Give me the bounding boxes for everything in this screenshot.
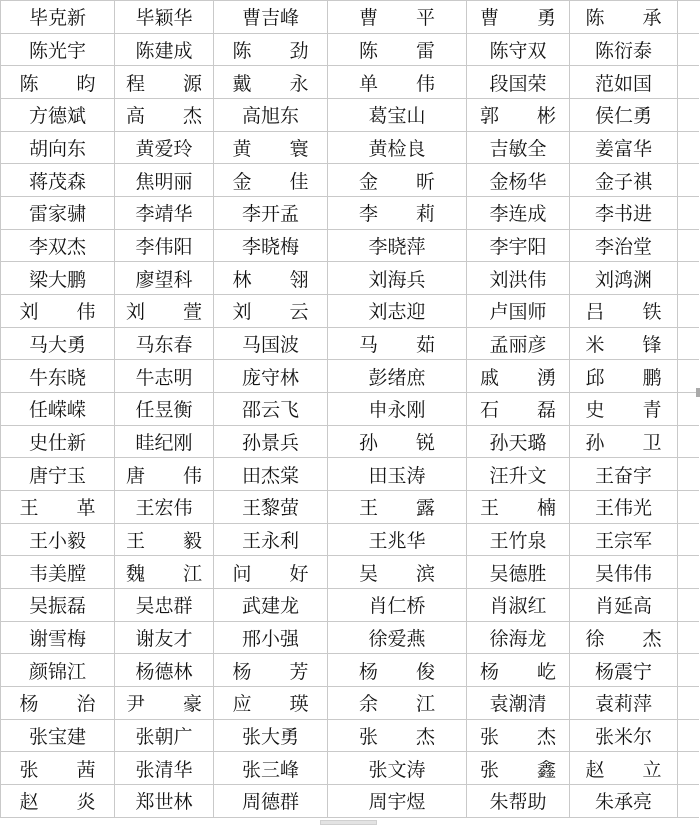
name-cell[interactable]: 孙景兵 (214, 426, 328, 459)
name-cell[interactable]: 李晓萍 (328, 230, 467, 263)
name-cell[interactable]: 李 莉 (328, 197, 467, 230)
name-cell[interactable]: 张朝广 (115, 720, 214, 753)
name-cell[interactable]: 陈 昀 (1, 66, 115, 99)
name-cell[interactable]: 焦明丽 (115, 164, 214, 197)
table-row: 方德斌高 杰高旭东葛宝山郭 彬侯仁勇 (1, 99, 700, 132)
name-cell[interactable]: 杨 治 (1, 687, 115, 720)
name-cell[interactable]: 范如国 (570, 66, 678, 99)
name-cell[interactable]: 戚 湧 (467, 360, 570, 393)
name-cell[interactable]: 程 源 (115, 66, 214, 99)
name-cell[interactable]: 陈衍泰 (570, 34, 678, 67)
partial-column-cell[interactable] (678, 622, 699, 655)
table-row: 梁大鹏廖望科林 翎刘海兵刘洪伟刘鸿渊 (1, 262, 700, 295)
name-cell[interactable]: 黄爱玲 (115, 132, 214, 165)
name-cell[interactable]: 吉敏全 (467, 132, 570, 165)
table-row: 马大勇马东春马国波马 茹孟丽彦米 锋 (1, 328, 700, 361)
name-cell[interactable]: 王 露 (328, 491, 467, 524)
name-cell[interactable]: 金杨华 (467, 164, 570, 197)
name-cell[interactable]: 唐宁玉 (1, 458, 115, 491)
table-row: 杨 治尹 豪应 瑛余 江袁潮清袁莉萍 (1, 687, 700, 720)
name-cell[interactable]: 杨 俊 (328, 654, 467, 687)
table-row: 毕克新毕颖华曹吉峰曹 平曹 勇陈 承 (1, 1, 700, 34)
name-cell[interactable]: 任昱衡 (115, 393, 214, 426)
name-cell[interactable]: 眭纪刚 (115, 426, 214, 459)
name-cell[interactable]: 陈 承 (570, 1, 678, 34)
name-cell[interactable]: 吴德胜 (467, 556, 570, 589)
name-cell[interactable]: 杨德林 (115, 654, 214, 687)
partial-column-cell[interactable] (678, 556, 699, 589)
table-row: 任嵘嵘任昱衡邵云飞申永刚石 磊史 青 (1, 393, 700, 426)
name-cell[interactable]: 颜锦江 (1, 654, 115, 687)
name-cell[interactable]: 郑世林 (115, 785, 214, 818)
name-cell[interactable]: 张米尔 (570, 720, 678, 753)
name-cell[interactable]: 杨震宁 (570, 654, 678, 687)
name-cell[interactable]: 李治堂 (570, 230, 678, 263)
name-cell[interactable]: 张大勇 (214, 720, 328, 753)
name-cell[interactable]: 曹 平 (328, 1, 467, 34)
name-cell[interactable]: 张三峰 (214, 752, 328, 785)
name-cell[interactable]: 梁大鹏 (1, 262, 115, 295)
name-cell[interactable]: 李连成 (467, 197, 570, 230)
name-cell[interactable]: 李开孟 (214, 197, 328, 230)
name-cell[interactable]: 庞守林 (214, 360, 328, 393)
name-cell[interactable]: 吴忠群 (115, 589, 214, 622)
name-cell[interactable]: 陈 劲 (214, 34, 328, 67)
name-cell[interactable]: 单 伟 (328, 66, 467, 99)
spreadsheet-viewport: 毕克新毕颖华曹吉峰曹 平曹 勇陈 承陈光宇陈建成陈 劲陈 雷陈守双陈衍泰陈 昀程… (0, 0, 700, 825)
horizontal-scrollbar-thumb[interactable] (320, 820, 377, 825)
name-cell[interactable]: 张 茜 (1, 752, 115, 785)
name-cell[interactable]: 史 青 (570, 393, 678, 426)
name-cell[interactable]: 金 昕 (328, 164, 467, 197)
name-cell[interactable]: 余 江 (328, 687, 467, 720)
partial-column-cell[interactable] (678, 328, 699, 361)
table-row: 史仕新眭纪刚孙景兵孙 锐孙天璐孙 卫 (1, 426, 700, 459)
name-cell[interactable]: 李宇阳 (467, 230, 570, 263)
name-cell[interactable]: 蒋茂森 (1, 164, 115, 197)
name-cell[interactable]: 毕颖华 (115, 1, 214, 34)
table-row: 王 革王宏伟王黎萤王 露王 楠王伟光 (1, 491, 700, 524)
name-cell[interactable]: 汪升文 (467, 458, 570, 491)
table-row: 雷家骕李靖华李开孟李 莉李连成李书进 (1, 197, 700, 230)
name-cell[interactable]: 黄检良 (328, 132, 467, 165)
name-cell[interactable]: 王 革 (1, 491, 115, 524)
name-cell[interactable]: 雷家骕 (1, 197, 115, 230)
name-cell[interactable]: 王奋宇 (570, 458, 678, 491)
name-cell[interactable]: 刘海兵 (328, 262, 467, 295)
name-cell[interactable]: 王黎萤 (214, 491, 328, 524)
partial-column-cell[interactable] (678, 230, 699, 263)
partial-column-cell[interactable] (678, 687, 699, 720)
table-row: 蒋茂森焦明丽金 佳金 昕金杨华金子祺 (1, 164, 700, 197)
name-cell[interactable]: 肖仁桥 (328, 589, 467, 622)
partial-column-cell[interactable] (678, 34, 699, 67)
name-cell[interactable]: 陈守双 (467, 34, 570, 67)
name-cell[interactable]: 周宇煜 (328, 785, 467, 818)
name-cell[interactable]: 任嵘嵘 (1, 393, 115, 426)
partial-column-cell[interactable] (678, 491, 699, 524)
name-cell[interactable]: 李双杰 (1, 230, 115, 263)
name-cell[interactable]: 田玉涛 (328, 458, 467, 491)
name-cell[interactable]: 孙 锐 (328, 426, 467, 459)
partial-column-cell[interactable] (678, 589, 699, 622)
name-cell[interactable]: 张 杰 (328, 720, 467, 753)
name-cell[interactable]: 尹 豪 (115, 687, 214, 720)
name-cell[interactable]: 郭 彬 (467, 99, 570, 132)
name-cell[interactable]: 孙天璐 (467, 426, 570, 459)
name-cell[interactable]: 谢雪梅 (1, 622, 115, 655)
name-cell[interactable]: 邱 鹏 (570, 360, 678, 393)
name-cell[interactable]: 孟丽彦 (467, 328, 570, 361)
names-table: 毕克新毕颖华曹吉峰曹 平曹 勇陈 承陈光宇陈建成陈 劲陈 雷陈守双陈衍泰陈 昀程… (0, 0, 700, 818)
name-cell[interactable]: 问 好 (214, 556, 328, 589)
name-cell[interactable]: 申永刚 (328, 393, 467, 426)
table-row: 张 茜张清华张三峰张文涛张 鑫赵 立 (1, 752, 700, 785)
name-cell[interactable]: 廖望科 (115, 262, 214, 295)
name-cell[interactable]: 侯仁勇 (570, 99, 678, 132)
name-cell[interactable]: 刘 伟 (1, 295, 115, 328)
name-cell[interactable]: 刘洪伟 (467, 262, 570, 295)
name-cell[interactable]: 牛志明 (115, 360, 214, 393)
name-cell[interactable]: 杨 屹 (467, 654, 570, 687)
partial-column-cell[interactable] (678, 785, 699, 818)
name-cell[interactable]: 戴 永 (214, 66, 328, 99)
vertical-scrollbar-thumb[interactable] (696, 388, 700, 397)
name-cell[interactable]: 武建龙 (214, 589, 328, 622)
name-cell[interactable]: 谢友才 (115, 622, 214, 655)
partial-column-cell[interactable] (678, 426, 699, 459)
name-cell[interactable]: 赵 炎 (1, 785, 115, 818)
name-cell[interactable]: 张 鑫 (467, 752, 570, 785)
name-cell[interactable]: 高旭东 (214, 99, 328, 132)
partial-column-cell[interactable] (678, 752, 699, 785)
table-row: 颜锦江杨德林杨 芳杨 俊杨 屹杨震宁 (1, 654, 700, 687)
partial-column-cell[interactable] (678, 66, 699, 99)
name-cell[interactable]: 邢小强 (214, 622, 328, 655)
name-cell[interactable]: 张 杰 (467, 720, 570, 753)
name-cell[interactable]: 杨 芳 (214, 654, 328, 687)
name-cell[interactable]: 石 磊 (467, 393, 570, 426)
name-cell[interactable]: 周德群 (214, 785, 328, 818)
partial-column-cell[interactable] (678, 132, 699, 165)
name-cell[interactable]: 赵 立 (570, 752, 678, 785)
name-cell[interactable]: 魏 江 (115, 556, 214, 589)
name-cell[interactable]: 徐海龙 (467, 622, 570, 655)
name-cell[interactable]: 应 瑛 (214, 687, 328, 720)
name-cell[interactable]: 马 茹 (328, 328, 467, 361)
table-row: 谢雪梅谢友才邢小强徐爱燕徐海龙徐 杰 (1, 622, 700, 655)
partial-column-cell[interactable] (678, 720, 699, 753)
name-cell[interactable]: 李晓梅 (214, 230, 328, 263)
name-cell[interactable]: 彭绪庶 (328, 360, 467, 393)
name-cell[interactable]: 王永利 (214, 524, 328, 557)
name-cell[interactable]: 史仕新 (1, 426, 115, 459)
name-cell[interactable]: 张文涛 (328, 752, 467, 785)
partial-column-cell[interactable] (678, 197, 699, 230)
name-cell[interactable]: 朱承亮 (570, 785, 678, 818)
name-cell[interactable]: 陈光宇 (1, 34, 115, 67)
name-cell[interactable]: 肖淑红 (467, 589, 570, 622)
name-cell[interactable]: 陈建成 (115, 34, 214, 67)
table-row: 张宝建张朝广张大勇张 杰张 杰张米尔 (1, 720, 700, 753)
name-cell[interactable]: 李靖华 (115, 197, 214, 230)
name-cell[interactable]: 曹吉峰 (214, 1, 328, 34)
name-cell[interactable]: 王小毅 (1, 524, 115, 557)
name-cell[interactable]: 吴 滨 (328, 556, 467, 589)
table-row: 吴振磊吴忠群武建龙肖仁桥肖淑红肖延高 (1, 589, 700, 622)
table-row: 陈光宇陈建成陈 劲陈 雷陈守双陈衍泰 (1, 34, 700, 67)
name-cell[interactable]: 吕 铁 (570, 295, 678, 328)
name-cell[interactable]: 方德斌 (1, 99, 115, 132)
name-cell[interactable]: 米 锋 (570, 328, 678, 361)
partial-column-cell[interactable] (678, 458, 699, 491)
name-cell[interactable]: 张宝建 (1, 720, 115, 753)
name-cell[interactable]: 马大勇 (1, 328, 115, 361)
partial-column-cell[interactable] (678, 295, 699, 328)
partial-column-cell[interactable] (678, 654, 699, 687)
name-cell[interactable]: 高 杰 (115, 99, 214, 132)
name-cell[interactable]: 葛宝山 (328, 99, 467, 132)
partial-column-cell[interactable] (678, 262, 699, 295)
name-cell[interactable]: 卢国师 (467, 295, 570, 328)
table-row: 胡向东黄爱玲黄 寰黄检良吉敏全姜富华 (1, 132, 700, 165)
name-cell[interactable]: 曹 勇 (467, 1, 570, 34)
table-row: 韦美膛魏 江问 好吴 滨吴德胜吴伟伟 (1, 556, 700, 589)
table-row: 陈 昀程 源戴 永单 伟段国荣范如国 (1, 66, 700, 99)
name-cell[interactable]: 马东春 (115, 328, 214, 361)
name-cell[interactable]: 刘 萱 (115, 295, 214, 328)
name-cell[interactable]: 李书进 (570, 197, 678, 230)
name-cell[interactable]: 王宏伟 (115, 491, 214, 524)
name-cell[interactable]: 王 毅 (115, 524, 214, 557)
name-cell[interactable]: 唐 伟 (115, 458, 214, 491)
name-cell[interactable]: 孙 卫 (570, 426, 678, 459)
table-row: 唐宁玉唐 伟田杰棠田玉涛汪升文王奋宇 (1, 458, 700, 491)
name-cell[interactable]: 王伟光 (570, 491, 678, 524)
name-cell[interactable]: 刘 云 (214, 295, 328, 328)
name-cell[interactable]: 朱帮助 (467, 785, 570, 818)
name-cell[interactable]: 徐爱燕 (328, 622, 467, 655)
name-cell[interactable]: 王竹泉 (467, 524, 570, 557)
name-cell[interactable]: 徐 杰 (570, 622, 678, 655)
partial-column-cell[interactable] (678, 1, 699, 34)
table-row: 赵 炎郑世林周德群周宇煜朱帮助朱承亮 (1, 785, 700, 818)
name-cell[interactable]: 张清华 (115, 752, 214, 785)
partial-column-cell[interactable] (678, 524, 699, 557)
name-cell[interactable]: 金子祺 (570, 164, 678, 197)
name-cell[interactable]: 韦美膛 (1, 556, 115, 589)
name-cell[interactable]: 王宗军 (570, 524, 678, 557)
name-cell[interactable]: 毕克新 (1, 1, 115, 34)
partial-column-cell[interactable] (678, 164, 699, 197)
name-cell[interactable]: 姜富华 (570, 132, 678, 165)
table-row: 刘 伟刘 萱刘 云刘志迎卢国师吕 铁 (1, 295, 700, 328)
name-cell[interactable]: 吴伟伟 (570, 556, 678, 589)
name-cell[interactable]: 金 佳 (214, 164, 328, 197)
name-cell[interactable]: 段国荣 (467, 66, 570, 99)
name-cell[interactable]: 牛东晓 (1, 360, 115, 393)
table-row: 王小毅王 毅王永利王兆华王竹泉王宗军 (1, 524, 700, 557)
name-cell[interactable]: 马国波 (214, 328, 328, 361)
name-cell[interactable]: 陈 雷 (328, 34, 467, 67)
name-cell[interactable]: 吴振磊 (1, 589, 115, 622)
name-cell[interactable]: 林 翎 (214, 262, 328, 295)
name-cell[interactable]: 袁莉萍 (570, 687, 678, 720)
table-row: 牛东晓牛志明庞守林彭绪庶戚 湧邱 鹏 (1, 360, 700, 393)
partial-column-cell[interactable] (678, 393, 699, 426)
name-cell[interactable]: 黄 寰 (214, 132, 328, 165)
name-cell[interactable]: 邵云飞 (214, 393, 328, 426)
name-cell[interactable]: 田杰棠 (214, 458, 328, 491)
name-cell[interactable]: 王 楠 (467, 491, 570, 524)
name-cell[interactable]: 王兆华 (328, 524, 467, 557)
name-cell[interactable]: 肖延高 (570, 589, 678, 622)
table-row: 李双杰李伟阳李晓梅李晓萍李宇阳李治堂 (1, 230, 700, 263)
name-cell[interactable]: 刘鸿渊 (570, 262, 678, 295)
name-cell[interactable]: 李伟阳 (115, 230, 214, 263)
name-cell[interactable]: 胡向东 (1, 132, 115, 165)
partial-column-cell[interactable] (678, 99, 699, 132)
name-cell[interactable]: 袁潮清 (467, 687, 570, 720)
name-cell[interactable]: 刘志迎 (328, 295, 467, 328)
